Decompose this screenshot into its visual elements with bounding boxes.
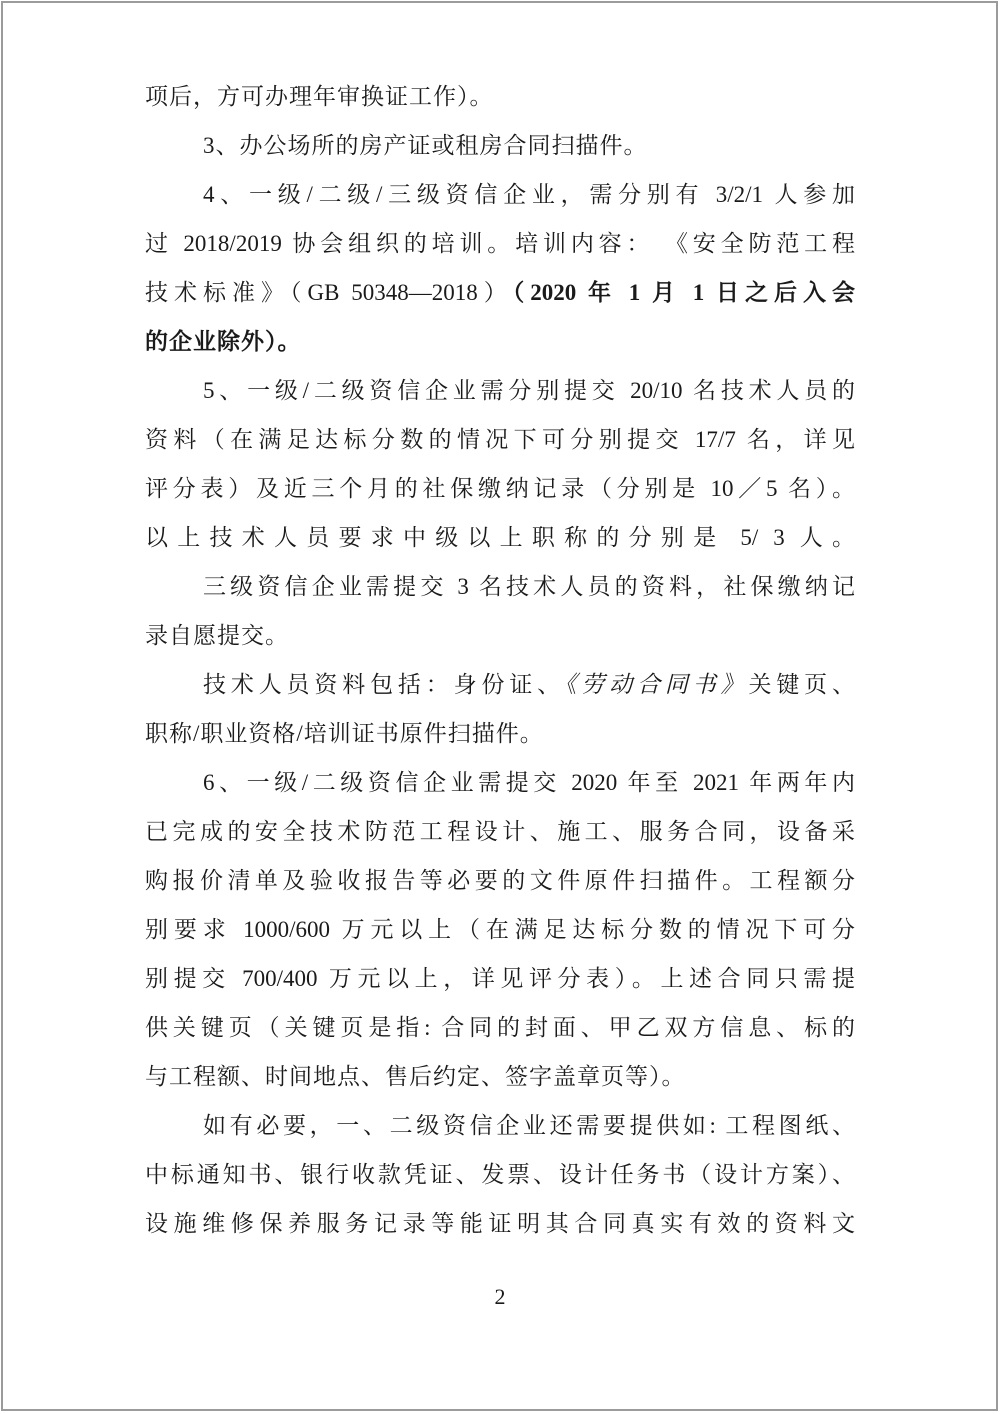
text-segment-normal: 5、一级/二级资信企业需分别提交 20/10 名技术人员的 bbox=[203, 378, 855, 403]
text-segment-normal: 录自愿提交。 bbox=[145, 623, 289, 648]
text-segment-normal: 技术标准》（GB 50348—2018） bbox=[145, 280, 513, 305]
text-line: 录自愿提交。 bbox=[145, 611, 855, 660]
text-line: 如有必要，一、二级资信企业还需要提供如: 工程图纸、 bbox=[145, 1101, 855, 1150]
text-segment-normal: 三级资信企业需提交 3 名技术人员的资料，社保缴纳记 bbox=[203, 574, 855, 599]
text-segment-normal: 设施维修保养服务记录等能证明其合同真实有效的资料文 bbox=[145, 1211, 855, 1236]
text-segment-normal: 评分表）及近三个月的社保缴纳记录（分别是 10／5 名）。 bbox=[145, 476, 855, 501]
text-segment-normal: 如有必要，一、二级资信企业还需要提供如: 工程图纸、 bbox=[203, 1113, 855, 1138]
text-line: 设施维修保养服务记录等能证明其合同真实有效的资料文 bbox=[145, 1199, 855, 1248]
text-line: 以上技术人员要求中级以上职称的分别是 5/ 3 人。 bbox=[145, 513, 855, 562]
text-line: 评分表）及近三个月的社保缴纳记录（分别是 10／5 名）。 bbox=[145, 464, 855, 513]
text-line: 与工程额、时间地点、售后约定、签字盖章页等）。 bbox=[145, 1052, 855, 1101]
text-segment-italic: 《劳动合同书》 bbox=[565, 672, 748, 697]
text-line: 职称/职业资格/培训证书原件扫描件。 bbox=[145, 709, 855, 758]
text-line: 过 2018/2019 协会组织的培训。培训内容： 《安全防范工程 bbox=[145, 219, 855, 268]
text-segment-normal: 与工程额、时间地点、售后约定、签字盖章页等）。 bbox=[145, 1064, 686, 1089]
text-segment-normal: 3、办公场所的房产证或租房合同扫描件。 bbox=[203, 133, 648, 158]
text-segment-bold: （2020 年 1 月 1 日之后入会 bbox=[513, 280, 855, 305]
text-segment-normal: 技术人员资料包括：身份证、 bbox=[203, 672, 565, 697]
text-line: 别要求 1000/600 万元以上（在满足达标分数的情况下可分 bbox=[145, 905, 855, 954]
text-segment-normal: 供关键页（关键页是指: 合同的封面、甲乙双方信息、标的 bbox=[145, 1015, 855, 1040]
text-segment-normal: 职称/职业资格/培训证书原件扫描件。 bbox=[145, 721, 544, 746]
text-segment-normal: 已完成的安全技术防范工程设计、施工、服务合同，设备采 bbox=[145, 819, 855, 844]
text-line: 4、一级/二级/三级资信企业，需分别有 3/2/1 人参加 bbox=[145, 170, 855, 219]
text-line: 别提交 700/400 万元以上，详见评分表）。上述合同只需提 bbox=[145, 954, 855, 1003]
text-line: 技术人员资料包括：身份证、《劳动合同书》关键页、 bbox=[145, 660, 855, 709]
text-line: 中标通知书、银行收款凭证、发票、设计任务书（设计方案）、 bbox=[145, 1150, 855, 1199]
text-segment-normal: 6、一级/二级资信企业需提交 2020 年至 2021 年两年内 bbox=[203, 770, 855, 795]
text-line: 的企业除外）。 bbox=[145, 317, 855, 366]
text-segment-normal: 关键页、 bbox=[748, 672, 855, 697]
text-line: 供关键页（关键页是指: 合同的封面、甲乙双方信息、标的 bbox=[145, 1003, 855, 1052]
text-line: 资料（在满足达标分数的情况下可分别提交 17/7 名，详见 bbox=[145, 415, 855, 464]
text-segment-normal: 别提交 700/400 万元以上，详见评分表）。上述合同只需提 bbox=[145, 966, 855, 991]
text-line: 购报价清单及验收报告等必要的文件原件扫描件。工程额分 bbox=[145, 856, 855, 905]
text-line: 项后，方可办理年审换证工作）。 bbox=[145, 72, 855, 121]
document-body: 项后，方可办理年审换证工作）。3、办公场所的房产证或租房合同扫描件。4、一级/二… bbox=[145, 72, 855, 1248]
text-segment-normal: 以上技术人员要求中级以上职称的分别是 5/ 3 人。 bbox=[145, 525, 855, 550]
text-segment-normal: 中标通知书、银行收款凭证、发票、设计任务书（设计方案）、 bbox=[145, 1162, 855, 1187]
text-line: 三级资信企业需提交 3 名技术人员的资料，社保缴纳记 bbox=[145, 562, 855, 611]
text-segment-normal: 资料（在满足达标分数的情况下可分别提交 17/7 名，详见 bbox=[145, 427, 855, 452]
text-line: 已完成的安全技术防范工程设计、施工、服务合同，设备采 bbox=[145, 807, 855, 856]
text-segment-normal: 别要求 1000/600 万元以上（在满足达标分数的情况下可分 bbox=[145, 917, 855, 942]
text-segment-normal: 过 2018/2019 协会组织的培训。培训内容： 《安全防范工程 bbox=[145, 231, 855, 256]
text-line: 3、办公场所的房产证或租房合同扫描件。 bbox=[145, 121, 855, 170]
text-segment-bold: 的企业除外）。 bbox=[145, 329, 302, 354]
page-number: 2 bbox=[0, 1272, 1000, 1321]
text-segment-normal: 4、一级/二级/三级资信企业，需分别有 3/2/1 人参加 bbox=[203, 182, 855, 207]
text-segment-normal: 购报价清单及验收报告等必要的文件原件扫描件。工程额分 bbox=[145, 868, 855, 893]
text-line: 6、一级/二级资信企业需提交 2020 年至 2021 年两年内 bbox=[145, 758, 855, 807]
text-line: 5、一级/二级资信企业需分别提交 20/10 名技术人员的 bbox=[145, 366, 855, 415]
text-segment-normal: 项后，方可办理年审换证工作）。 bbox=[145, 84, 494, 109]
text-line: 技术标准》（GB 50348—2018）（2020 年 1 月 1 日之后入会 bbox=[145, 268, 855, 317]
